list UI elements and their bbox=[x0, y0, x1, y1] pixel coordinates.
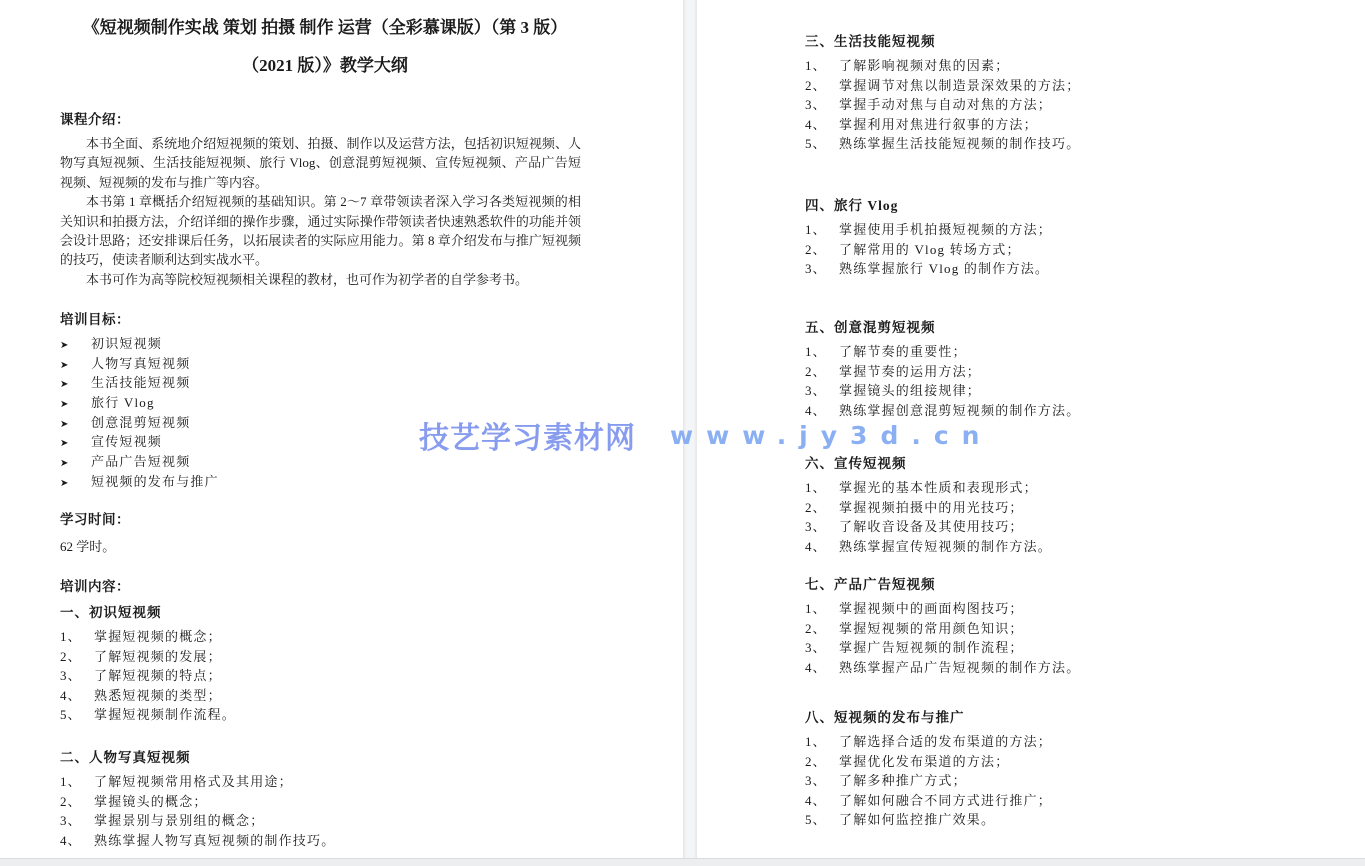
section-4: 四、旅行 Vlog1、掌握使用手机拍摄短视频的方法；2、了解常用的 Vlog 转… bbox=[805, 196, 1052, 279]
intro-paragraph: 本书第 1 章概括介绍短视频的基础知识。第 2～7 章带领读者深入学习各类短视频… bbox=[60, 192, 581, 270]
list-item-text: 了解选择合适的发布渠道的方法； bbox=[839, 732, 1052, 752]
goal-item: ➤产品广告短视频 bbox=[60, 452, 219, 472]
list-item-number: 1、 bbox=[60, 627, 94, 647]
goal-item-label: 创意混剪短视频 bbox=[91, 413, 190, 433]
list-item-number: 5、 bbox=[60, 705, 94, 725]
goal-item-label: 宣传短视频 bbox=[91, 432, 162, 452]
section-heading: 三、生活技能短视频 bbox=[805, 32, 1080, 52]
list-item-number: 1、 bbox=[805, 732, 839, 752]
goals-heading: 培训目标： bbox=[60, 310, 130, 330]
document-page-left: 《短视频制作实战 策划 拍摄 制作 运营（全彩慕课版）（第 3 版） （2021… bbox=[0, 0, 683, 858]
arrow-bullet-icon: ➤ bbox=[60, 336, 91, 356]
list-item-text: 熟练掌握生活技能短视频的制作技巧。 bbox=[839, 134, 1080, 154]
list-item: 2、了解短视频的发展； bbox=[60, 647, 236, 667]
list-item: 4、熟悉短视频的类型； bbox=[60, 686, 236, 706]
doc-title-line2: （2021 版）》教学大纲 bbox=[60, 56, 590, 76]
list-item: 1、掌握使用手机拍摄短视频的方法； bbox=[805, 220, 1052, 240]
list-item: 1、了解短视频常用格式及其用途； bbox=[60, 772, 335, 792]
goal-item: ➤宣传短视频 bbox=[60, 432, 219, 452]
list-item-number: 4、 bbox=[805, 537, 839, 557]
section-8: 八、短视频的发布与推广1、了解选择合适的发布渠道的方法；2、掌握优化发布渠道的方… bbox=[805, 708, 1052, 830]
list-item: 5、熟练掌握生活技能短视频的制作技巧。 bbox=[805, 134, 1080, 154]
list-item: 5、了解如何监控推广效果。 bbox=[805, 810, 1052, 830]
list-item-text: 掌握视频中的画面构图技巧； bbox=[839, 599, 1024, 619]
list-item: 4、熟练掌握人物写真短视频的制作技巧。 bbox=[60, 831, 335, 851]
list-item-text: 了解收音设备及其使用技巧； bbox=[839, 517, 1024, 537]
list-item: 1、掌握短视频的概念； bbox=[60, 627, 236, 647]
list-item-text: 熟悉短视频的类型； bbox=[94, 686, 222, 706]
list-item: 5、掌握短视频制作流程。 bbox=[60, 705, 236, 725]
section-6: 六、宣传短视频1、掌握光的基本性质和表现形式；2、掌握视频拍摄中的用光技巧；3、… bbox=[805, 454, 1052, 556]
section-7: 七、产品广告短视频1、掌握视频中的画面构图技巧；2、掌握短视频的常用颜色知识；3… bbox=[805, 575, 1080, 677]
list-item-number: 3、 bbox=[60, 811, 94, 831]
list-item: 3、掌握景别与景别组的概念； bbox=[60, 811, 335, 831]
list-item: 4、熟练掌握创意混剪短视频的制作方法。 bbox=[805, 401, 1080, 421]
list-item-number: 2、 bbox=[60, 647, 94, 667]
list-item-text: 掌握镜头的概念； bbox=[94, 792, 208, 812]
arrow-bullet-icon: ➤ bbox=[60, 474, 91, 494]
list-item-number: 5、 bbox=[805, 810, 839, 830]
list-item-text: 掌握短视频的常用颜色知识； bbox=[839, 619, 1024, 639]
list-item: 2、掌握短视频的常用颜色知识； bbox=[805, 619, 1080, 639]
list-item: 3、掌握广告短视频的制作流程； bbox=[805, 638, 1080, 658]
list-item-number: 2、 bbox=[805, 240, 839, 260]
list-item-text: 熟练掌握旅行 Vlog 的制作方法。 bbox=[839, 259, 1049, 279]
list-item-number: 4、 bbox=[60, 686, 94, 706]
section-heading: 四、旅行 Vlog bbox=[805, 196, 1052, 216]
goal-item: ➤人物写真短视频 bbox=[60, 354, 219, 374]
document-page-right: 三、生活技能短视频1、了解影响视频对焦的因素；2、掌握调节对焦以制造景深效果的方… bbox=[697, 0, 1365, 858]
list-item-text: 了解短视频的发展； bbox=[94, 647, 222, 667]
list-item-text: 掌握优化发布渠道的方法； bbox=[839, 752, 1009, 772]
list-item: 3、了解短视频的特点； bbox=[60, 666, 236, 686]
section-1: 一、初识短视频1、掌握短视频的概念；2、了解短视频的发展；3、了解短视频的特点；… bbox=[60, 603, 236, 725]
list-item: 3、掌握镜头的组接规律； bbox=[805, 381, 1080, 401]
list-item: 1、掌握视频中的画面构图技巧； bbox=[805, 599, 1080, 619]
section-2: 二、人物写真短视频1、了解短视频常用格式及其用途；2、掌握镜头的概念；3、掌握景… bbox=[60, 748, 335, 850]
list-item-number: 3、 bbox=[805, 638, 839, 658]
list-item: 4、掌握利用对焦进行叙事的方法； bbox=[805, 115, 1080, 135]
list-item-text: 熟练掌握创意混剪短视频的制作方法。 bbox=[839, 401, 1080, 421]
list-item: 1、了解影响视频对焦的因素； bbox=[805, 56, 1080, 76]
list-item-number: 4、 bbox=[805, 658, 839, 678]
doc-title-line1: 《短视频制作实战 策划 拍摄 制作 运营（全彩慕课版）（第 3 版） bbox=[60, 18, 590, 38]
goals-list: ➤初识短视频➤人物写真短视频➤生活技能短视频➤旅行 Vlog➤创意混剪短视频➤宣… bbox=[60, 334, 219, 492]
intro-paragraph: 本书可作为高等院校短视频相关课程的教材，也可作为初学者的自学参考书。 bbox=[60, 270, 581, 289]
list-item-text: 掌握视频拍摄中的用光技巧； bbox=[839, 498, 1024, 518]
list-item-number: 2、 bbox=[805, 498, 839, 518]
section-heading: 七、产品广告短视频 bbox=[805, 575, 1080, 595]
list-item-text: 掌握调节对焦以制造景深效果的方法； bbox=[839, 76, 1080, 96]
content-heading: 培训内容： bbox=[60, 577, 130, 597]
list-item: 3、了解多种推广方式； bbox=[805, 771, 1052, 791]
arrow-bullet-icon: ➤ bbox=[60, 415, 91, 435]
list-item-text: 了解短视频的特点； bbox=[94, 666, 222, 686]
goal-item: ➤创意混剪短视频 bbox=[60, 413, 219, 433]
arrow-bullet-icon: ➤ bbox=[60, 395, 91, 415]
list-item-number: 2、 bbox=[805, 752, 839, 772]
list-item-number: 3、 bbox=[805, 771, 839, 791]
list-item-text: 熟练掌握宣传短视频的制作方法。 bbox=[839, 537, 1052, 557]
list-item-text: 掌握利用对焦进行叙事的方法； bbox=[839, 115, 1038, 135]
list-item-number: 3、 bbox=[805, 95, 839, 115]
list-item: 3、掌握手动对焦与自动对焦的方法； bbox=[805, 95, 1080, 115]
section-5: 五、创意混剪短视频1、了解节奏的重要性；2、掌握节奏的运用方法；3、掌握镜头的组… bbox=[805, 318, 1080, 420]
list-item-number: 3、 bbox=[805, 381, 839, 401]
list-item: 1、了解节奏的重要性； bbox=[805, 342, 1080, 362]
list-item-number: 5、 bbox=[805, 134, 839, 154]
viewer-bottom-edge bbox=[0, 858, 1365, 866]
section-heading: 八、短视频的发布与推广 bbox=[805, 708, 1052, 728]
list-item-text: 掌握广告短视频的制作流程； bbox=[839, 638, 1024, 658]
list-item-number: 1、 bbox=[805, 56, 839, 76]
list-item: 2、了解常用的 Vlog 转场方式； bbox=[805, 240, 1052, 260]
list-item-text: 掌握短视频的概念； bbox=[94, 627, 222, 647]
list-item-number: 4、 bbox=[805, 115, 839, 135]
arrow-bullet-icon: ➤ bbox=[60, 356, 91, 376]
study-time-heading: 学习时间： bbox=[60, 510, 130, 530]
study-time-value: 62 学时。 bbox=[60, 537, 115, 556]
list-item-number: 1、 bbox=[805, 599, 839, 619]
list-item-text: 熟练掌握人物写真短视频的制作技巧。 bbox=[94, 831, 335, 851]
list-item-number: 3、 bbox=[60, 666, 94, 686]
section-heading: 一、初识短视频 bbox=[60, 603, 236, 623]
list-item-number: 2、 bbox=[805, 362, 839, 382]
list-item: 1、了解选择合适的发布渠道的方法； bbox=[805, 732, 1052, 752]
section-heading: 二、人物写真短视频 bbox=[60, 748, 335, 768]
list-item: 3、了解收音设备及其使用技巧； bbox=[805, 517, 1052, 537]
list-item: 4、熟练掌握产品广告短视频的制作方法。 bbox=[805, 658, 1080, 678]
section-3: 三、生活技能短视频1、了解影响视频对焦的因素；2、掌握调节对焦以制造景深效果的方… bbox=[805, 32, 1080, 154]
goal-item-label: 初识短视频 bbox=[91, 334, 162, 354]
list-item-number: 1、 bbox=[805, 478, 839, 498]
arrow-bullet-icon: ➤ bbox=[60, 454, 91, 474]
section-heading: 五、创意混剪短视频 bbox=[805, 318, 1080, 338]
list-item-text: 了解多种推广方式； bbox=[839, 771, 967, 791]
page-gap-divider bbox=[683, 0, 697, 858]
list-item-text: 了解影响视频对焦的因素； bbox=[839, 56, 1009, 76]
list-item-text: 掌握镜头的组接规律； bbox=[839, 381, 981, 401]
list-item: 1、掌握光的基本性质和表现形式； bbox=[805, 478, 1052, 498]
list-item: 2、掌握镜头的概念； bbox=[60, 792, 335, 812]
goal-item: ➤生活技能短视频 bbox=[60, 373, 219, 393]
goal-item: ➤短视频的发布与推广 bbox=[60, 472, 219, 492]
course-intro-heading: 课程介绍： bbox=[60, 110, 130, 130]
list-item-text: 掌握光的基本性质和表现形式； bbox=[839, 478, 1038, 498]
intro-paragraph: 本书全面、系统地介绍短视频的策划、拍摄、制作以及运营方法，包括初识短视频、人物写… bbox=[60, 134, 581, 192]
list-item-text: 熟练掌握产品广告短视频的制作方法。 bbox=[839, 658, 1080, 678]
list-item-text: 掌握使用手机拍摄短视频的方法； bbox=[839, 220, 1052, 240]
list-item-text: 掌握景别与景别组的概念； bbox=[94, 811, 264, 831]
goal-item-label: 短视频的发布与推广 bbox=[91, 472, 219, 492]
goal-item-label: 人物写真短视频 bbox=[91, 354, 190, 374]
goal-item: ➤旅行 Vlog bbox=[60, 393, 219, 413]
list-item: 2、掌握视频拍摄中的用光技巧； bbox=[805, 498, 1052, 518]
list-item-number: 4、 bbox=[805, 791, 839, 811]
arrow-bullet-icon: ➤ bbox=[60, 375, 91, 395]
list-item-number: 3、 bbox=[805, 259, 839, 279]
list-item-text: 掌握手动对焦与自动对焦的方法； bbox=[839, 95, 1052, 115]
list-item-number: 2、 bbox=[60, 792, 94, 812]
list-item-number: 1、 bbox=[60, 772, 94, 792]
list-item-text: 了解常用的 Vlog 转场方式； bbox=[839, 240, 1021, 260]
list-item-text: 了解短视频常用格式及其用途； bbox=[94, 772, 293, 792]
goal-item: ➤初识短视频 bbox=[60, 334, 219, 354]
arrow-bullet-icon: ➤ bbox=[60, 434, 91, 454]
list-item-text: 了解如何融合不同方式进行推广； bbox=[839, 791, 1052, 811]
list-item-text: 了解如何监控推广效果。 bbox=[839, 810, 995, 830]
goal-item-label: 产品广告短视频 bbox=[91, 452, 190, 472]
section-heading: 六、宣传短视频 bbox=[805, 454, 1052, 474]
list-item: 2、掌握节奏的运用方法； bbox=[805, 362, 1080, 382]
list-item-number: 1、 bbox=[805, 220, 839, 240]
list-item-number: 4、 bbox=[60, 831, 94, 851]
list-item: 3、熟练掌握旅行 Vlog 的制作方法。 bbox=[805, 259, 1052, 279]
list-item-number: 3、 bbox=[805, 517, 839, 537]
list-item-number: 4、 bbox=[805, 401, 839, 421]
list-item-text: 了解节奏的重要性； bbox=[839, 342, 967, 362]
list-item: 4、了解如何融合不同方式进行推广； bbox=[805, 791, 1052, 811]
goal-item-label: 旅行 Vlog bbox=[91, 393, 155, 413]
goal-item-label: 生活技能短视频 bbox=[91, 373, 190, 393]
list-item: 2、掌握优化发布渠道的方法； bbox=[805, 752, 1052, 772]
list-item: 2、掌握调节对焦以制造景深效果的方法； bbox=[805, 76, 1080, 96]
list-item-number: 2、 bbox=[805, 76, 839, 96]
list-item-text: 掌握短视频制作流程。 bbox=[94, 705, 236, 725]
list-item-number: 2、 bbox=[805, 619, 839, 639]
course-intro-paragraphs: 本书全面、系统地介绍短视频的策划、拍摄、制作以及运营方法，包括初识短视频、人物写… bbox=[60, 134, 581, 289]
list-item-number: 1、 bbox=[805, 342, 839, 362]
list-item: 4、熟练掌握宣传短视频的制作方法。 bbox=[805, 537, 1052, 557]
list-item-text: 掌握节奏的运用方法； bbox=[839, 362, 981, 382]
